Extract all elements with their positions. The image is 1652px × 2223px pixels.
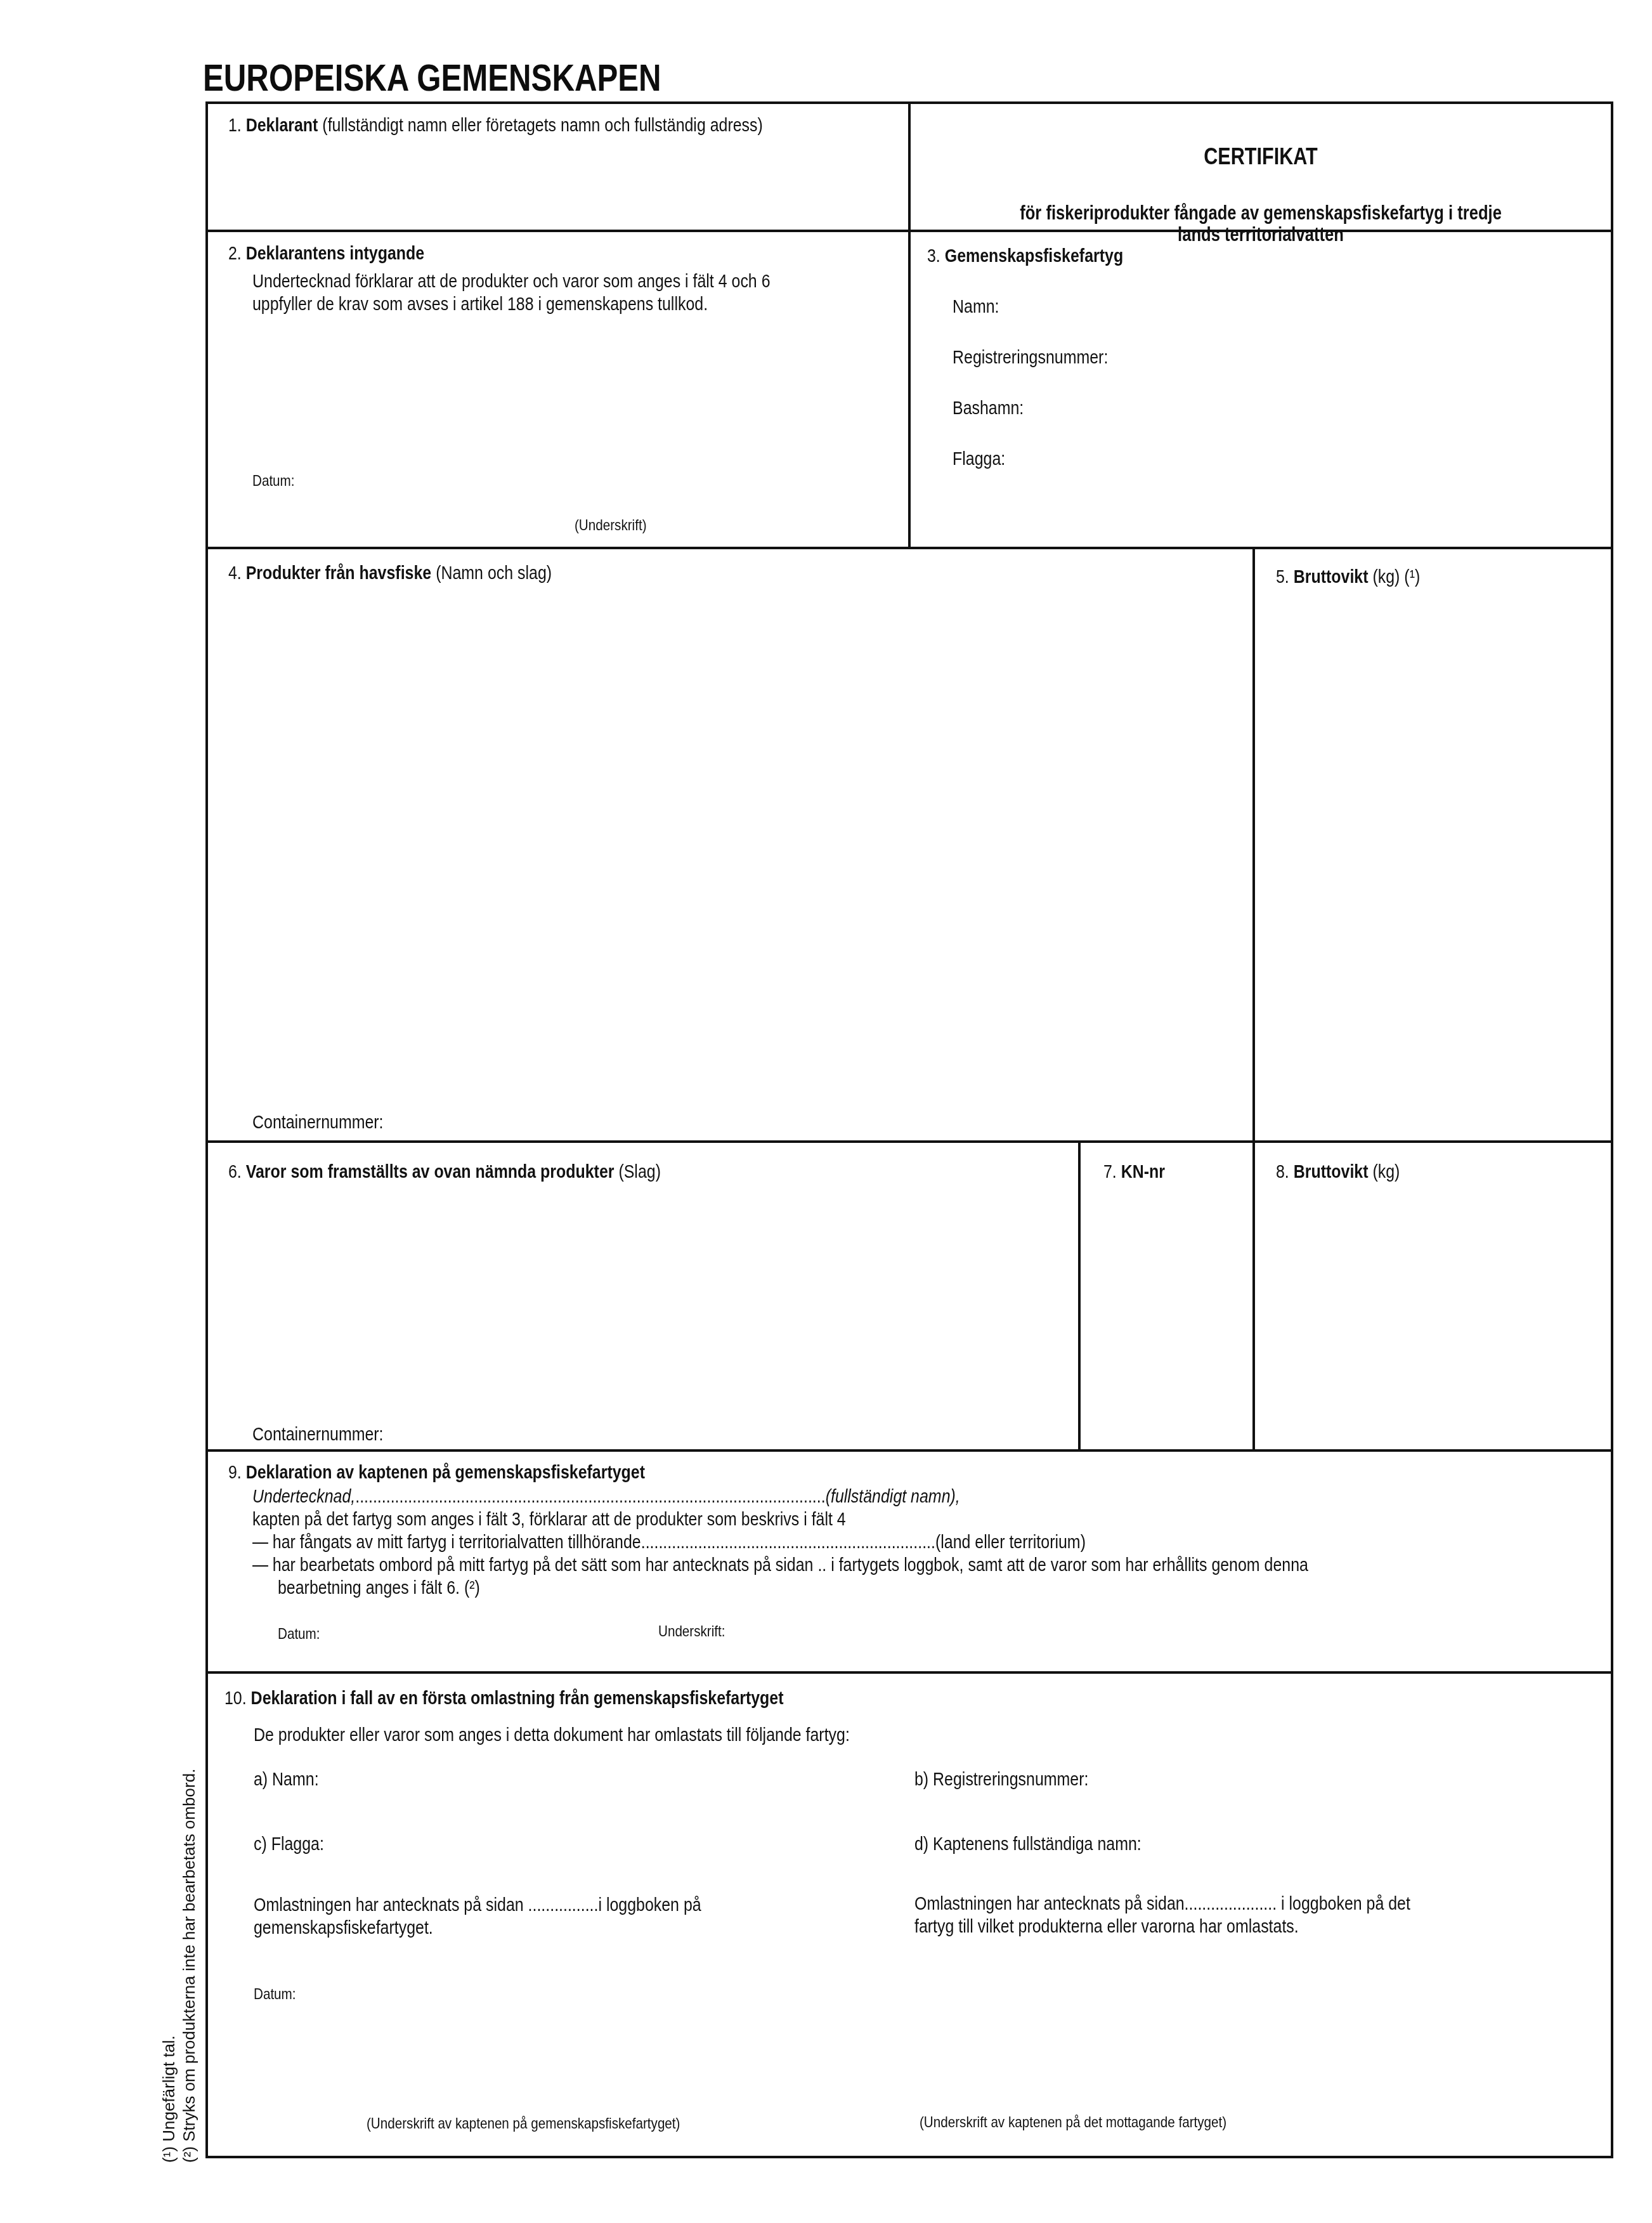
box4-header: 4. Produkter från havsfiske (Namn och sl…: [228, 562, 552, 585]
divider-row3: [208, 1140, 1611, 1143]
box6-input-area[interactable]: [214, 1189, 1070, 1392]
box10-header: 10. Deklaration i fall av en första omla…: [224, 1687, 784, 1710]
box9-label: Deklaration av kaptenen på gemenskapsfis…: [246, 1463, 645, 1483]
box10-field-registreringsnummer[interactable]: b) Registreringsnummer:: [914, 1768, 1088, 1791]
divider-row5: [208, 1671, 1611, 1674]
box1-input-area[interactable]: [214, 142, 899, 225]
box5-label: Bruttovikt: [1294, 567, 1369, 587]
box9-text-line5: bearbetning anges i fält 6. (²): [278, 1577, 480, 1600]
box5-input-area[interactable]: [1261, 599, 1603, 1131]
box9-undertecknad-line[interactable]: Undertecknad,...........................…: [252, 1485, 960, 1508]
box1-number: 1.: [228, 115, 242, 136]
divider-row4: [208, 1449, 1611, 1452]
box5-header: 5. Bruttovikt (kg) (¹): [1276, 566, 1420, 589]
box1-hint: (fullständigt namn eller företagets namn…: [322, 115, 763, 136]
box3-field-flagga[interactable]: Flagga:: [953, 448, 1005, 471]
document-title: EUROPEISKA GEMENSKAPEN: [203, 56, 661, 100]
box3-label: Gemenskapsfiskefartyg: [945, 246, 1123, 266]
box10-field-kaptenens-namn[interactable]: d) Kaptenens fullständiga namn:: [914, 1833, 1141, 1856]
box6-container-number-field[interactable]: Containernummer:: [252, 1423, 384, 1446]
box2-declaration-text: Undertecknad förklarar att de produkter …: [252, 270, 771, 316]
box10-signature-left[interactable]: (Underskrift av kaptenen på gemenskapsfi…: [367, 2115, 680, 2134]
divider-row2: [208, 547, 1611, 549]
footnote-1: (¹) Ungefärligt tal.: [159, 1769, 179, 2163]
box9-text-line2: kapten på det fartyg som anges i fält 3,…: [252, 1508, 846, 1531]
box8-header: 8. Bruttovikt (kg): [1276, 1161, 1400, 1183]
divider-col-4-5: [1252, 547, 1255, 1450]
box4-input-area[interactable]: [214, 592, 1242, 1087]
certificate-title: CERTIFIKAT: [963, 143, 1558, 170]
box8-input-area[interactable]: [1261, 1189, 1603, 1442]
box10-field-flagga[interactable]: c) Flagga:: [254, 1833, 324, 1856]
box10-field-namn[interactable]: a) Namn:: [254, 1768, 319, 1791]
box3-field-namn[interactable]: Namn:: [953, 296, 999, 318]
box6-label: Varor som framställts av ovan nämnda pro…: [246, 1162, 615, 1182]
footnotes: (¹) Ungefärligt tal. (²) Stryks om produ…: [159, 1769, 199, 2163]
box10-signature-right[interactable]: (Underskrift av kaptenen på det mottagan…: [920, 2113, 1226, 2132]
divider-col-6-7: [1078, 1140, 1081, 1450]
box3-field-registreringsnummer[interactable]: Registreringsnummer:: [953, 346, 1108, 369]
box9-territory-line[interactable]: — har fångats av mitt fartyg i territori…: [252, 1531, 1086, 1554]
box10-label: Deklaration i fall av en första omlastni…: [251, 1688, 784, 1709]
box10-date-field[interactable]: Datum:: [254, 1985, 296, 2004]
box3-header: 3. Gemenskapsfiskefartyg: [927, 245, 1123, 268]
box1-header: 1. Deklarant (fullständigt namn eller fö…: [228, 114, 763, 137]
box7-input-area[interactable]: [1083, 1189, 1248, 1442]
box9-text-line4: — har bearbetats ombord på mitt fartyg p…: [252, 1554, 1308, 1577]
box8-label: Bruttovikt: [1294, 1162, 1369, 1182]
box2-date-field[interactable]: Datum:: [252, 472, 295, 491]
box4-container-number-field[interactable]: Containernummer:: [252, 1111, 384, 1134]
box7-label: KN-nr: [1121, 1162, 1165, 1182]
certificate-subtitle: för fiskeriprodukter fångade av gemenska…: [980, 202, 1540, 245]
box4-label: Produkter från havsfiske: [246, 563, 431, 583]
box10-intro: De produkter eller varor som anges i det…: [254, 1724, 850, 1747]
box1-label: Deklarant: [246, 115, 318, 136]
certificate-form: 1. Deklarant (fullständigt namn eller fö…: [205, 101, 1613, 2158]
box2-signature-field[interactable]: (Underskrift): [575, 516, 647, 535]
certificate-heading: CERTIFIKAT för fiskeriprodukter fångade …: [911, 104, 1611, 230]
box10-left-logbook-note[interactable]: Omlastningen har antecknats på sidan ...…: [254, 1894, 701, 1939]
box9-header: 9. Deklaration av kaptenen på gemenskaps…: [228, 1461, 645, 1484]
box3-field-bashamn[interactable]: Bashamn:: [953, 397, 1024, 420]
footnote-2: (²) Stryks om produkterna inte har bearb…: [179, 1769, 199, 2163]
box6-header: 6. Varor som framställts av ovan nämnda …: [228, 1161, 661, 1183]
box10-right-logbook-note[interactable]: Omlastningen har antecknats på sidan....…: [914, 1893, 1410, 1938]
box2-header: 2. Deklarantens intygande: [228, 242, 424, 265]
box9-signature-field[interactable]: Underskrift:: [658, 1622, 725, 1641]
box7-header: 7. KN-nr: [1103, 1161, 1165, 1183]
box9-date-field[interactable]: Datum:: [278, 1625, 320, 1644]
box2-label: Deklarantens intygande: [246, 244, 424, 264]
